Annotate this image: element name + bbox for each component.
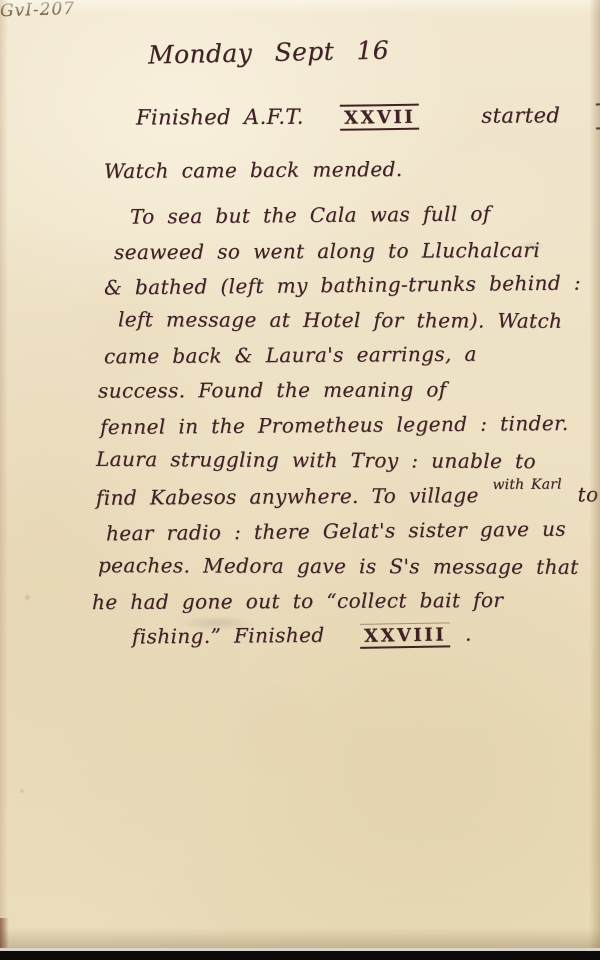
body-line-12: he had gone out to “collect bait for bbox=[92, 588, 503, 614]
body-line-4: left message at Hotel for them). Watch bbox=[118, 307, 562, 333]
bottom-left-corner-shade bbox=[0, 918, 9, 948]
body-line-8: Laura struggling with Troy : unable to bbox=[96, 447, 536, 473]
date-heading: Monday Sept 16 bbox=[148, 35, 390, 69]
page-left-edge-shade bbox=[0, 0, 8, 960]
finished-chapter-numeral-2: XXVIII bbox=[360, 622, 451, 649]
body-line-2: seaweed so went along to Lluchalcari bbox=[114, 238, 540, 264]
body-line-3: & bathed (left my bathing-trunks behind … bbox=[104, 271, 581, 300]
interlinear-insertion: with Karl bbox=[492, 477, 561, 493]
foxing-spot bbox=[24, 594, 31, 601]
page-bottom-shadow bbox=[0, 928, 600, 948]
body-line-9-text: find Kabesos anywhere. To village bbox=[96, 483, 479, 510]
scan-black-border bbox=[0, 951, 600, 960]
finished-chapter-numeral: XXVII bbox=[340, 104, 420, 131]
body-line-11: peaches. Medora gave is S's message that bbox=[98, 553, 579, 579]
body-line-1: To sea but the Cala was full of bbox=[130, 201, 491, 228]
watch-line: Watch came back mended. bbox=[104, 157, 403, 183]
finished-label: Finished A.F.T. bbox=[136, 105, 304, 130]
closing-punct: . bbox=[465, 622, 472, 646]
foxing-spot bbox=[19, 788, 25, 794]
progress-line: Finished A.F.T. XXVII started XXVIII . bbox=[136, 103, 600, 132]
body-line-10: hear radio : there Gelat's sister gave u… bbox=[106, 517, 566, 546]
erased-pencil-smudge bbox=[178, 615, 256, 631]
diary-page-scan: GvI-207 Monday Sept 16 Finished A.F.T. X… bbox=[0, 0, 600, 960]
body-line-9: find Kabesos anywhere. To village with K… bbox=[96, 482, 599, 510]
body-line-7: fennel in the Prometheus legend : tinder… bbox=[100, 411, 569, 439]
page-right-edge-shade bbox=[589, 0, 600, 960]
body-line-5: came back & Laura's earrings, a bbox=[104, 342, 477, 369]
ink-smudge bbox=[518, 240, 546, 252]
started-label: started bbox=[481, 103, 560, 127]
body-line-6: success. Found the meaning of bbox=[98, 377, 447, 402]
page-top-highlight bbox=[0, 0, 600, 14]
